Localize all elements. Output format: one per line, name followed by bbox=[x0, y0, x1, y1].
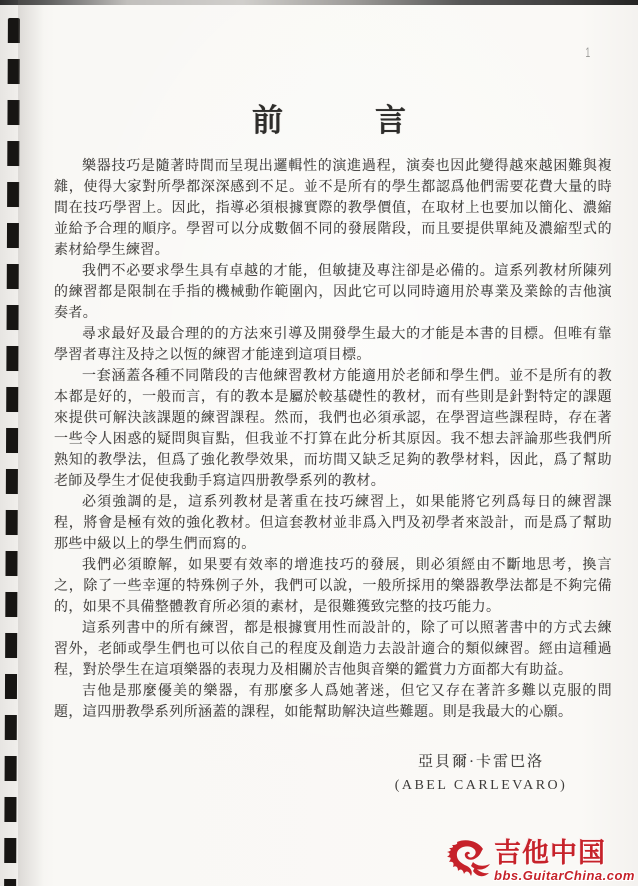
author-name-english: (ABEL CARLEVARO) bbox=[366, 774, 596, 798]
watermark-site-name: 吉他中国 bbox=[494, 840, 606, 867]
paragraph: 尋求最好及最合理的的方法來引導及開發學生最大的才能是本書的目標。但唯有靠學習者專… bbox=[54, 324, 612, 366]
page-number: 1 bbox=[586, 44, 591, 60]
paragraph: 吉他是那麼優美的樂器，有那麼多人爲她著迷，但它又存在著許多難以克服的問題，這四册… bbox=[54, 681, 612, 723]
scanned-preface-page: 1 前言 樂器技巧是隨著時間而呈現出邏輯性的演進過程，演奏也因此變得越來越困難與… bbox=[0, 0, 638, 886]
paragraph: 一套涵蓋各種不同階段的吉他練習教材方能適用於老師和學生們。並不是所有的教本都是好… bbox=[54, 366, 612, 492]
paragraph: 我們不必要求學生具有卓越的才能，但敏捷及專注卻是必備的。這系列教材所陳列的練習都… bbox=[54, 261, 612, 324]
paragraph: 必須強調的是，這系列教材是著重在技巧練習上，如果能將它列爲每日的練習課程，將會是… bbox=[54, 492, 612, 555]
author-name-chinese: 亞貝爾·卡雷巴洛 bbox=[366, 750, 596, 774]
watermark-site-url: bbs.GuitarChina.com bbox=[494, 869, 635, 882]
paragraph: 這系列書中的所有練習，都是根據實用性而設計的，除了可以照著書中的方式去練習外，老… bbox=[54, 618, 612, 681]
paragraph: 我們必須瞭解，如果要有效率的增進技巧的發展，則必須經由不斷地思考，換言之，除了一… bbox=[54, 555, 612, 618]
page-title: 前言 bbox=[40, 95, 618, 140]
paragraph: 樂器技巧是隨著時間而呈現出邏輯性的演進過程，演奏也因此變得越來越困難與複雜，使得… bbox=[54, 156, 612, 261]
signature-block: 亞貝爾·卡雷巴洛 (ABEL CARLEVARO) bbox=[366, 750, 596, 798]
preface-body: 樂器技巧是隨著時間而呈現出邏輯性的演進過程，演奏也因此變得越來越困難與複雜，使得… bbox=[54, 156, 612, 723]
scan-top-edge-artifact bbox=[0, 0, 638, 5]
guitarchina-watermark: 吉他中国 bbs.GuitarChina.com bbox=[442, 838, 635, 882]
dragon-logo-icon bbox=[442, 838, 492, 882]
